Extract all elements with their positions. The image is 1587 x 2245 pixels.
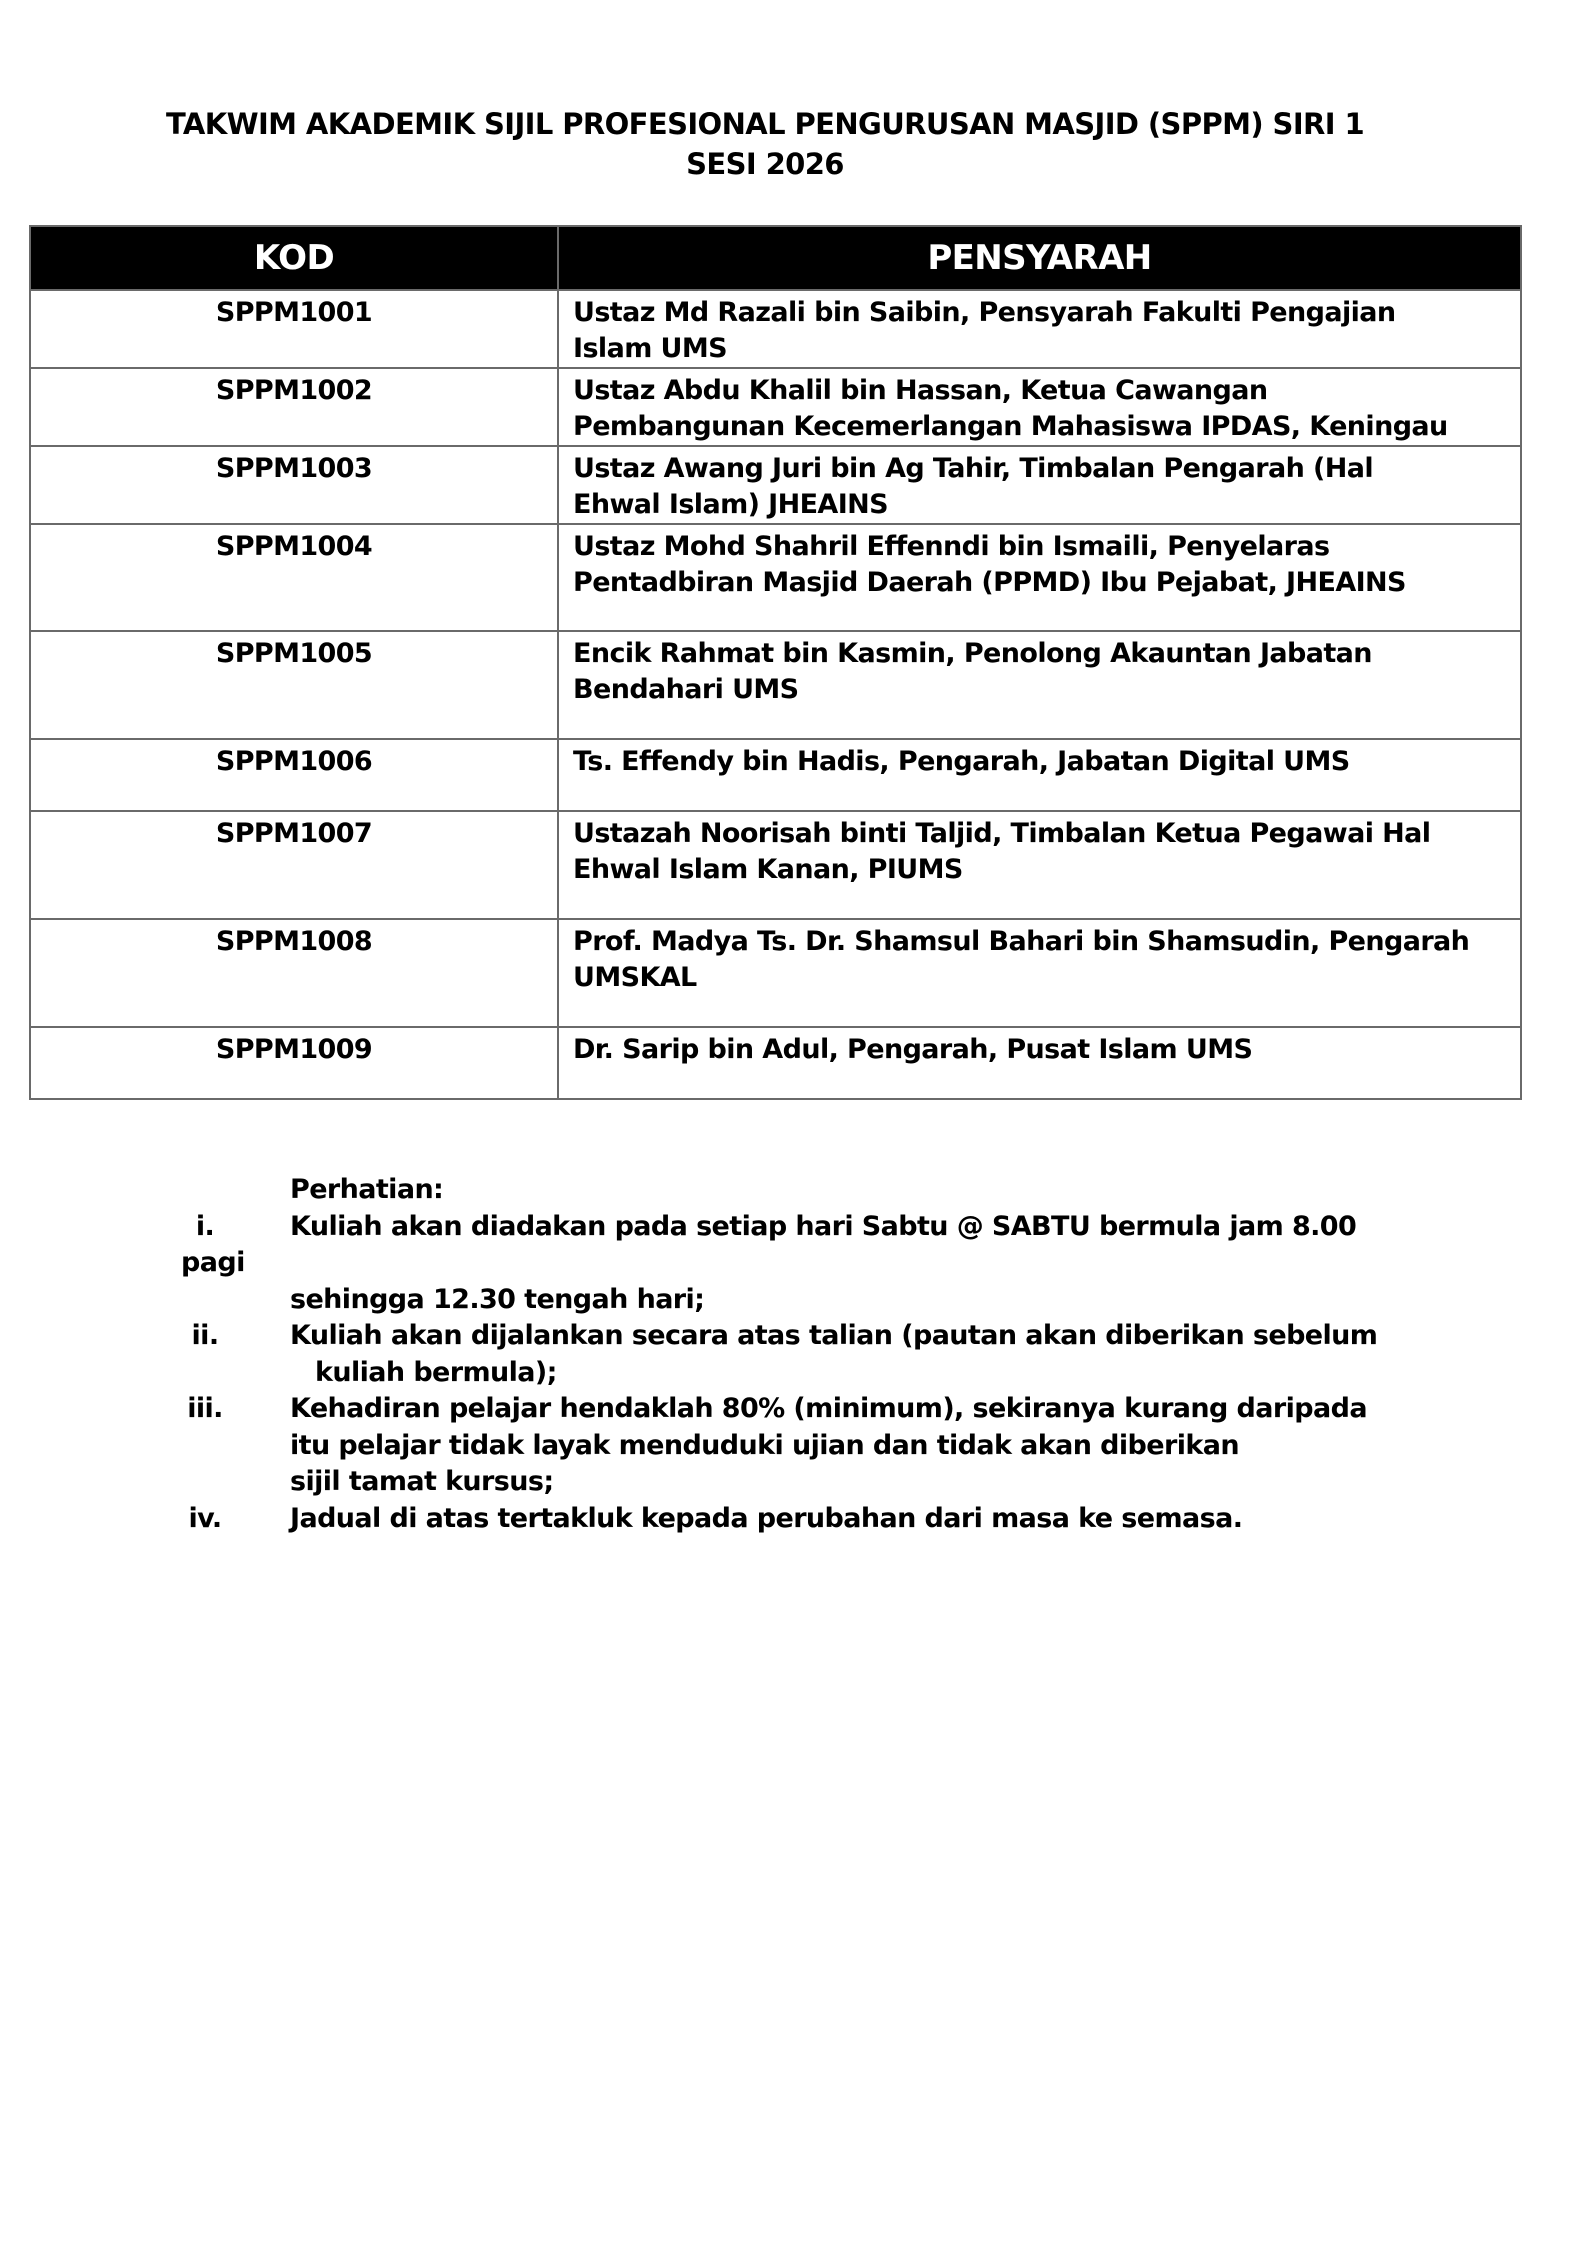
note-line: sehingga 12.30 tengah hari; [150,1282,1450,1319]
notes-list: i.Kuliah akan diadakan pada setiap hari … [150,1209,1450,1538]
lecturer-line: Pentadbiran Masjid Daerah (PPMD) Ibu Pej… [573,565,1512,601]
table-row: SPPM1002Ustaz Abdu Khalil bin Hassan, Ke… [30,368,1521,446]
note-number: ii. [160,1318,250,1355]
table-body: SPPM1001Ustaz Md Razali bin Saibin, Pens… [30,290,1521,1099]
notes-heading-line: Perhatian: [150,1172,1450,1209]
title-line-2: SESI 2026 [0,144,1530,184]
course-code: SPPM1007 [30,811,558,919]
note-line: iii.Kehadiran pelajar hendaklah 80% (min… [150,1391,1450,1428]
course-code: SPPM1006 [30,739,558,811]
lecturer-cell: Dr. Sarip bin Adul, Pengarah, Pusat Isla… [558,1027,1521,1099]
note-text: Kuliah akan diadakan pada setiap hari Sa… [290,1209,1356,1246]
document-title: TAKWIM AKADEMIK SIJIL PROFESIONAL PENGUR… [0,104,1530,184]
lecturer-line: Ustazah Noorisah binti Taljid, Timbalan … [573,816,1512,852]
note-text: sehingga 12.30 tengah hari; [290,1282,704,1319]
note-line: iv.Jadual di atas tertakluk kepada perub… [150,1501,1450,1538]
lecturer-cell: Ustaz Abdu Khalil bin Hassan, Ketua Cawa… [558,368,1521,446]
note-line: itu pelajar tidak layak menduduki ujian … [150,1428,1450,1465]
lecturer-cell: Prof. Madya Ts. Dr. Shamsul Bahari bin S… [558,919,1521,1027]
note-line: ii.Kuliah akan dijalankan secara atas ta… [150,1318,1450,1355]
table-row: SPPM1007Ustazah Noorisah binti Taljid, T… [30,811,1521,919]
header-pensyarah: PENSYARAH [558,226,1521,290]
note-number: i. [160,1209,250,1246]
table-row: SPPM1008Prof. Madya Ts. Dr. Shamsul Baha… [30,919,1521,1027]
table-row: SPPM1005Encik Rahmat bin Kasmin, Penolon… [30,631,1521,739]
note-text: Kuliah akan dijalankan secara atas talia… [290,1318,1377,1355]
lecturer-line: Pembangunan Kecemerlangan Mahasiswa IPDA… [573,409,1512,445]
lecturer-line: Ustaz Mohd Shahril Effenndi bin Ismaili,… [573,529,1512,565]
lecturer-cell: Ustaz Md Razali bin Saibin, Pensyarah Fa… [558,290,1521,368]
course-code: SPPM1005 [30,631,558,739]
notes-heading: Perhatian: [290,1172,443,1209]
course-code: SPPM1004 [30,524,558,631]
lecturer-line: Ustaz Abdu Khalil bin Hassan, Ketua Cawa… [573,373,1512,409]
lecturer-line: Ehwal Islam Kanan, PIUMS [573,852,1512,888]
course-code: SPPM1001 [30,290,558,368]
table-row: SPPM1006Ts. Effendy bin Hadis, Pengarah,… [30,739,1521,811]
lecturer-line: Ustaz Awang Juri bin Ag Tahir, Timbalan … [573,451,1512,487]
note-text: Jadual di atas tertakluk kepada perubaha… [290,1501,1242,1538]
lecturer-line: Bendahari UMS [573,672,1512,708]
note-line: sijil tamat kursus; [150,1464,1450,1501]
course-code: SPPM1009 [30,1027,558,1099]
note-line: pagi [150,1245,1450,1282]
note-text: itu pelajar tidak layak menduduki ujian … [290,1428,1239,1465]
table-row: SPPM1001Ustaz Md Razali bin Saibin, Pens… [30,290,1521,368]
header-kod: KOD [30,226,558,290]
note-text: pagi [181,1245,245,1282]
lecturer-line: Ehwal Islam) JHEAINS [573,487,1512,523]
lecturer-cell: Ustaz Mohd Shahril Effenndi bin Ismaili,… [558,524,1521,631]
course-code: SPPM1008 [30,919,558,1027]
table-header-row: KOD PENSYARAH [30,226,1521,290]
lecturer-table: KOD PENSYARAH SPPM1001Ustaz Md Razali bi… [29,225,1522,1100]
note-text: sijil tamat kursus; [290,1464,554,1501]
note-number: iv. [160,1501,250,1538]
course-code: SPPM1002 [30,368,558,446]
lecturer-line: Ustaz Md Razali bin Saibin, Pensyarah Fa… [573,295,1512,331]
lecturer-line: Encik Rahmat bin Kasmin, Penolong Akaunt… [573,636,1512,672]
lecturer-cell: Ustaz Awang Juri bin Ag Tahir, Timbalan … [558,446,1521,524]
course-code: SPPM1003 [30,446,558,524]
lecturer-line: UMSKAL [573,960,1512,996]
title-line-1: TAKWIM AKADEMIK SIJIL PROFESIONAL PENGUR… [0,104,1530,144]
table-row: SPPM1009Dr. Sarip bin Adul, Pengarah, Pu… [30,1027,1521,1099]
lecturer-line: Prof. Madya Ts. Dr. Shamsul Bahari bin S… [573,924,1512,960]
note-text: Kehadiran pelajar hendaklah 80% (minimum… [290,1391,1367,1428]
lecturer-cell: Ts. Effendy bin Hadis, Pengarah, Jabatan… [558,739,1521,811]
table-row: SPPM1004Ustaz Mohd Shahril Effenndi bin … [30,524,1521,631]
note-line: kuliah bermula); [150,1355,1450,1392]
lecturer-cell: Encik Rahmat bin Kasmin, Penolong Akaunt… [558,631,1521,739]
lecturer-line: Ts. Effendy bin Hadis, Pengarah, Jabatan… [573,744,1512,780]
lecturer-line: Islam UMS [573,331,1512,367]
notes-section: Perhatian: i.Kuliah akan diadakan pada s… [150,1172,1450,1537]
table-row: SPPM1003Ustaz Awang Juri bin Ag Tahir, T… [30,446,1521,524]
lecturer-line: Dr. Sarip bin Adul, Pengarah, Pusat Isla… [573,1032,1512,1068]
note-line: i.Kuliah akan diadakan pada setiap hari … [150,1209,1450,1246]
note-number: iii. [160,1391,250,1428]
lecturer-cell: Ustazah Noorisah binti Taljid, Timbalan … [558,811,1521,919]
note-text: kuliah bermula); [315,1355,557,1392]
